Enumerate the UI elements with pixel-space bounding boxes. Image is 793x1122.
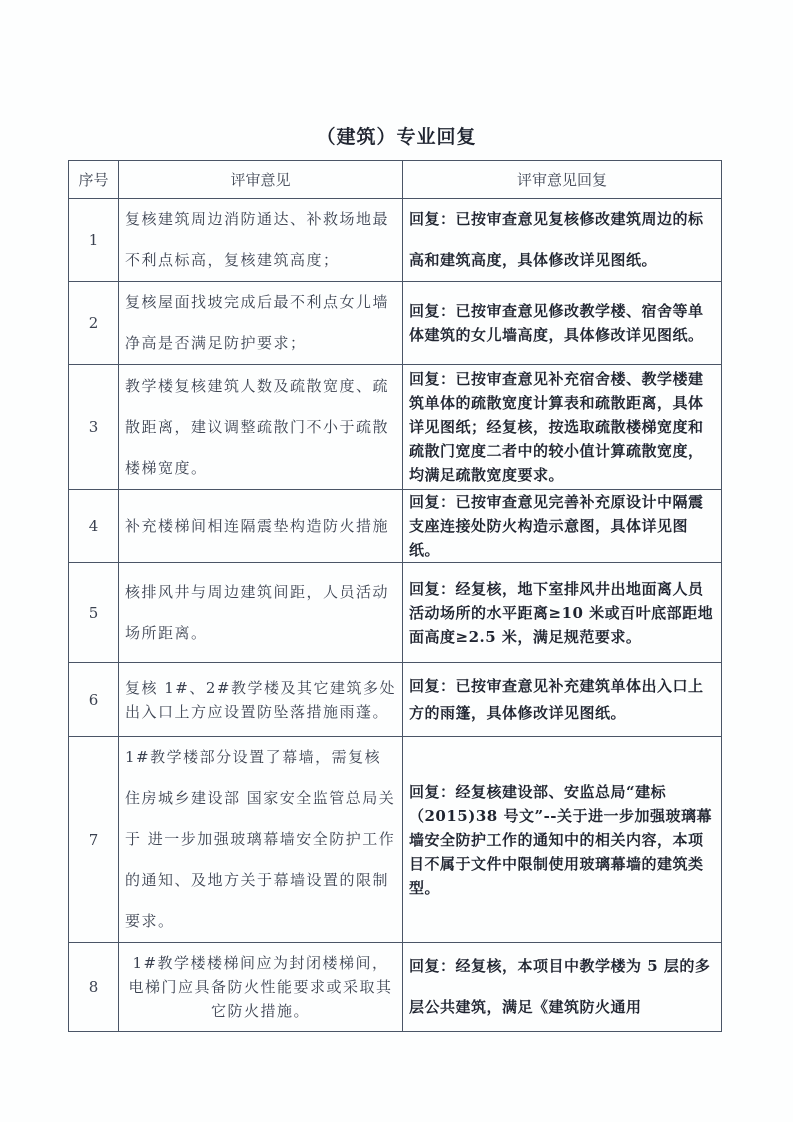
table-row: 3 教学楼复核建筑人数及疏散宽度、疏散距离，建议调整疏散门不小于疏散楼梯宽度。 … [69, 365, 722, 490]
header-opinion: 评审意见 [119, 161, 403, 199]
header-reply: 评审意见回复 [403, 161, 722, 199]
row-number: 6 [69, 663, 119, 737]
review-opinion: 1#教学楼楼梯间应为封闭楼梯间，电梯门应具备防火性能要求或采取其它防火措施。 [119, 943, 403, 1032]
document-title: （建筑）专业回复 [0, 122, 793, 149]
table-header-row: 序号 评审意见 评审意见回复 [69, 161, 722, 199]
review-opinion: 1#教学楼部分设置了幕墙，需复核住房城乡建设部 国家安全监管总局关于 进一步加强… [119, 737, 403, 943]
review-reply: 回复：经复核，本项目中教学楼为 5 层的多层公共建筑，满足《建筑防火通用 [403, 943, 722, 1032]
review-opinion: 复核 1#、2#教学楼及其它建筑多处出入口上方应设置防坠落措施雨蓬。 [119, 663, 403, 737]
table-row: 5 核排风井与周边建筑间距，人员活动场所距离。 回复：经复核，地下室排风井出地面… [69, 563, 722, 663]
row-number: 3 [69, 365, 119, 490]
review-opinion: 核排风井与周边建筑间距，人员活动场所距离。 [119, 563, 403, 663]
table-row: 8 1#教学楼楼梯间应为封闭楼梯间，电梯门应具备防火性能要求或采取其它防火措施。… [69, 943, 722, 1032]
review-reply: 回复：已按审查意见完善补充原设计中隔震支座连接处防火构造示意图，具体详见图纸。 [403, 490, 722, 563]
row-number: 4 [69, 490, 119, 563]
table-row: 6 复核 1#、2#教学楼及其它建筑多处出入口上方应设置防坠落措施雨蓬。 回复：… [69, 663, 722, 737]
review-reply: 回复：经复核建设部、安监总局“建标（2015)38 号文”--关于进一步加强玻璃… [403, 737, 722, 943]
review-reply: 回复：已按审查意见补充建筑单体出入口上方的雨篷，具体修改详见图纸。 [403, 663, 722, 737]
row-number: 5 [69, 563, 119, 663]
table-row: 7 1#教学楼部分设置了幕墙，需复核住房城乡建设部 国家安全监管总局关于 进一步… [69, 737, 722, 943]
review-opinion: 复核屋面找坡完成后最不利点女儿墙净高是否满足防护要求； [119, 282, 403, 365]
review-reply: 回复：已按审查意见复核修改建筑周边的标高和建筑高度，具体修改详见图纸。 [403, 199, 722, 282]
table-row: 1 复核建筑周边消防通达、补救场地最不利点标高，复核建筑高度； 回复：已按审查意… [69, 199, 722, 282]
table-row: 2 复核屋面找坡完成后最不利点女儿墙净高是否满足防护要求； 回复：已按审查意见修… [69, 282, 722, 365]
row-number: 2 [69, 282, 119, 365]
review-reply: 回复：经复核，地下室排风井出地面离人员活动场所的水平距离≥10 米或百叶底部距地… [403, 563, 722, 663]
table-row: 4 补充楼梯间相连隔震垫构造防火措施 回复：已按审查意见完善补充原设计中隔震支座… [69, 490, 722, 563]
review-response-table: 序号 评审意见 评审意见回复 1 复核建筑周边消防通达、补救场地最不利点标高，复… [68, 160, 722, 1032]
review-opinion: 复核建筑周边消防通达、补救场地最不利点标高，复核建筑高度； [119, 199, 403, 282]
review-opinion: 补充楼梯间相连隔震垫构造防火措施 [119, 490, 403, 563]
review-reply: 回复：已按审查意见修改教学楼、宿舍等单体建筑的女儿墙高度，具体修改详见图纸。 [403, 282, 722, 365]
header-number: 序号 [69, 161, 119, 199]
review-reply: 回复：已按审查意见补充宿舍楼、教学楼建筑单体的疏散宽度计算表和疏散距离，具体详见… [403, 365, 722, 490]
row-number: 1 [69, 199, 119, 282]
row-number: 8 [69, 943, 119, 1032]
row-number: 7 [69, 737, 119, 943]
review-opinion: 教学楼复核建筑人数及疏散宽度、疏散距离，建议调整疏散门不小于疏散楼梯宽度。 [119, 365, 403, 490]
